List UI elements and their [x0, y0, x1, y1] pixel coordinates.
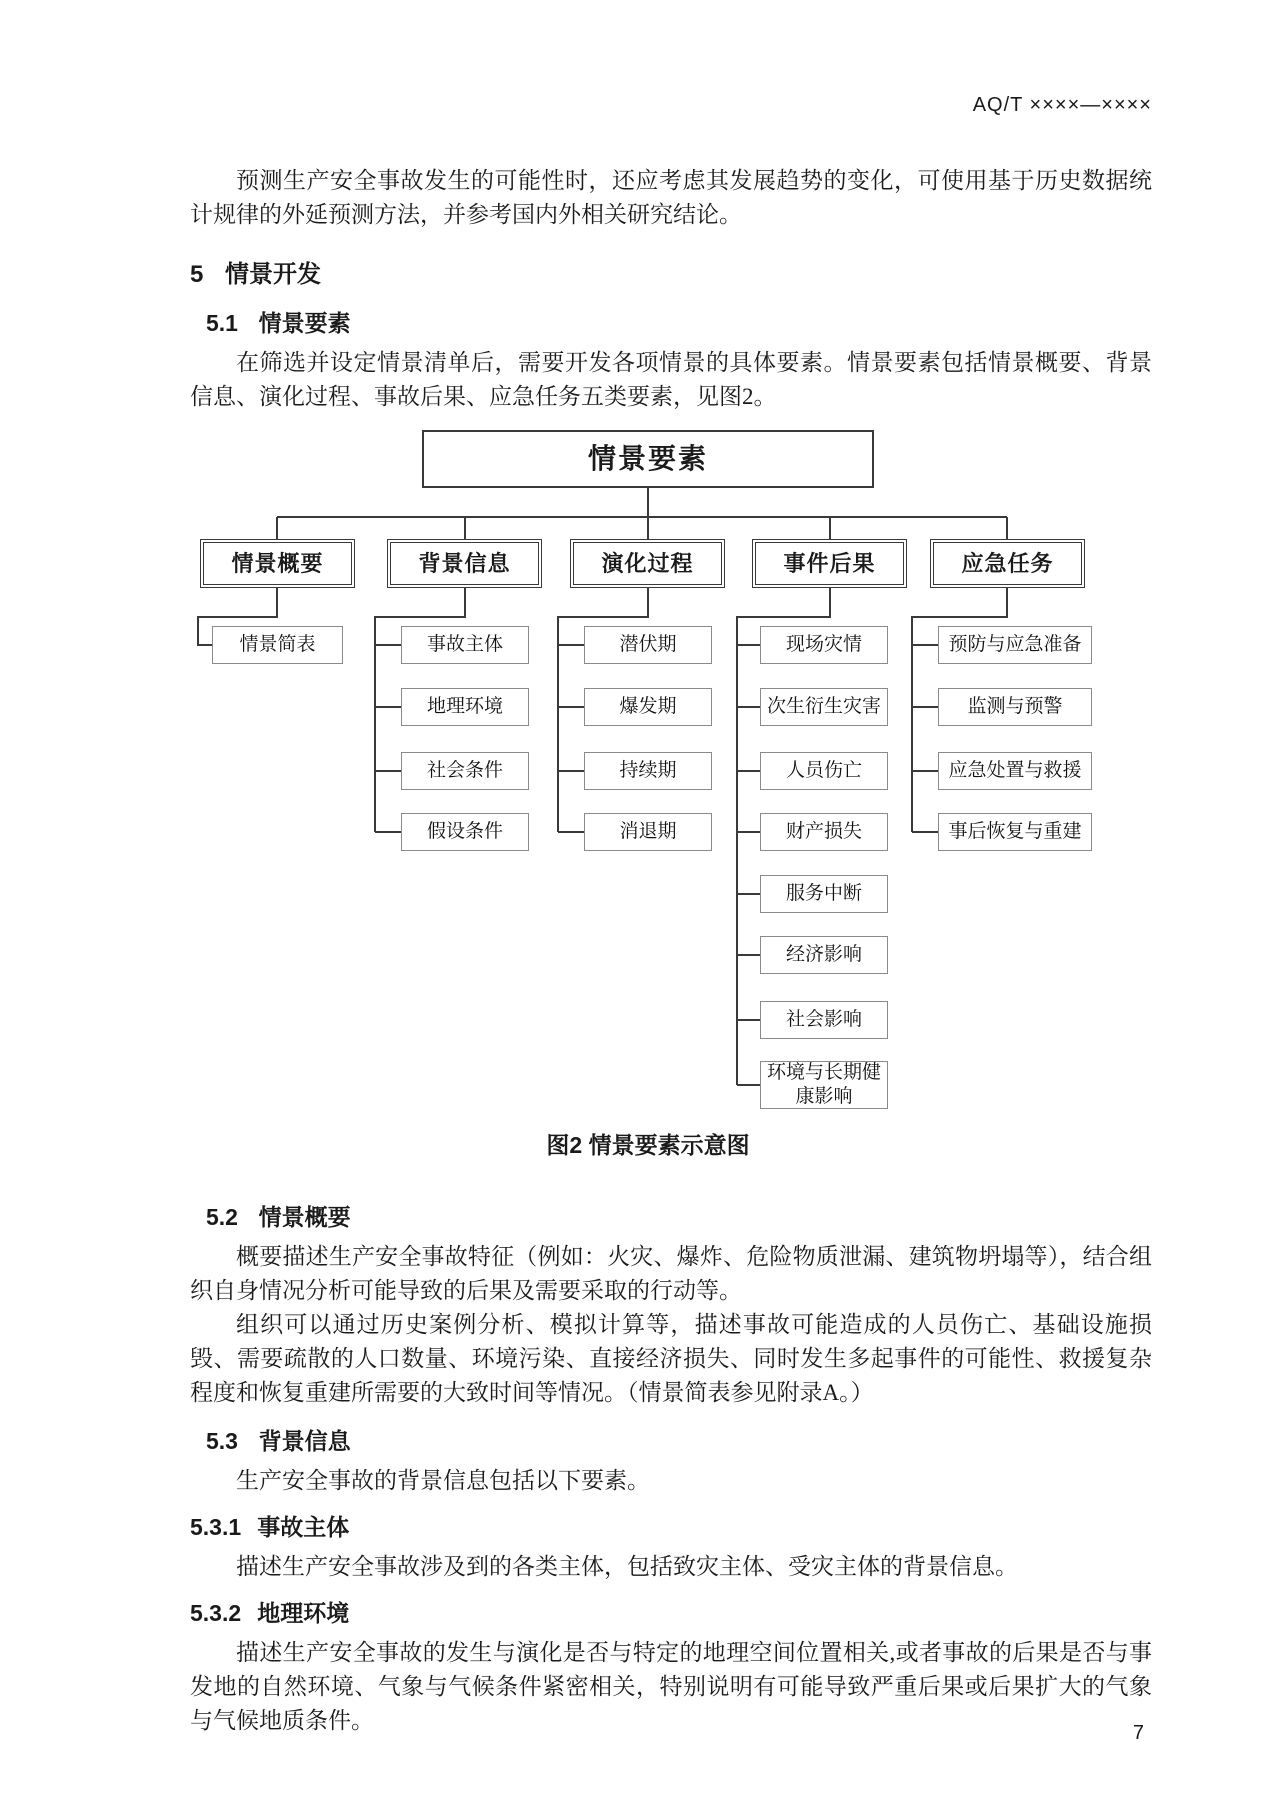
section-number: 5.3.1 — [190, 1514, 241, 1540]
section-5-3-2-paragraph: 描述生产安全事故的发生与演化是否与特定的地理空间位置相关,或者事故的后果是否与事… — [190, 1636, 1152, 1738]
section-5-3-1-paragraph: 描述生产安全事故涉及到的各类主体，包括致灾主体、受灾主体的背景信息。 — [190, 1550, 1152, 1584]
diagram-child-box: 应急处置与救援 — [938, 752, 1092, 790]
diagram-child-box: 社会影响 — [760, 1001, 888, 1039]
diagram-child-box: 服务中断 — [760, 875, 888, 913]
diagram-child-box: 情景简表 — [212, 626, 343, 664]
diagram-child-box: 持续期 — [584, 752, 712, 790]
section-title: 情景要素 — [259, 310, 351, 336]
section-heading-5-2: 5.2情景概要 — [190, 1200, 1152, 1234]
diagram-child-box: 消退期 — [584, 813, 712, 851]
section-number: 5 — [190, 261, 203, 288]
diagram-level2-box-evolution-process: 演化过程 — [570, 539, 725, 588]
diagram-child-box: 环境与长期健康影响 — [760, 1061, 888, 1109]
section-number: 5.2 — [206, 1204, 238, 1230]
figure2-caption: 图2 情景要素示意图 — [190, 1128, 1106, 1162]
diagram-child-box: 经济影响 — [760, 936, 888, 974]
section-title: 事故主体 — [257, 1514, 349, 1540]
section-5-2-paragraph-2: 组织可以通过历史案例分析、模拟计算等，描述事故可能造成的人员伤亡、基础设施损毁、… — [190, 1308, 1152, 1410]
diagram-child-box: 预防与应急准备 — [938, 626, 1092, 664]
diagram-child-box: 假设条件 — [401, 813, 529, 851]
section-heading-5-3: 5.3背景信息 — [190, 1424, 1152, 1458]
section-number: 5.3 — [206, 1428, 238, 1454]
diagram-child-box: 社会条件 — [401, 752, 529, 790]
section-title: 情景概要 — [259, 1204, 351, 1230]
section-5-1-paragraph: 在筛选并设定情景清单后，需要开发各项情景的具体要素。情景要素包括情景概要、背景信… — [190, 346, 1152, 414]
diagram-child-box: 事后恢复与重建 — [938, 813, 1092, 851]
section-heading-5-3-1: 5.3.1事故主体 — [190, 1510, 1152, 1544]
diagram-child-box: 爆发期 — [584, 688, 712, 726]
section-title: 情景开发 — [225, 261, 321, 288]
page-content: AQ/T ××××—×××× 预测生产安全事故发生的可能性时，还应考虑其发展趋势… — [0, 0, 1280, 1738]
section-title: 背景信息 — [259, 1428, 351, 1454]
section-5-2-paragraph-1: 概要描述生产安全事故特征（例如：火灾、爆炸、危险物质泄漏、建筑物坍塌等），结合组… — [190, 1240, 1152, 1308]
diagram-child-box: 潜伏期 — [584, 626, 712, 664]
diagram-level2-box-emergency-tasks: 应急任务 — [930, 539, 1085, 588]
diagram-level2-box-event-consequences: 事件后果 — [752, 539, 907, 588]
diagram-child-box: 监测与预警 — [938, 688, 1092, 726]
section-title: 地理环境 — [257, 1600, 349, 1626]
section-number: 5.3.2 — [190, 1600, 241, 1626]
diagram-child-box: 现场灾情 — [760, 626, 888, 664]
section-number: 5.1 — [206, 310, 238, 336]
diagram-level2-box-background-info: 背景信息 — [387, 539, 542, 588]
diagram-child-box: 次生衍生灾害 — [760, 688, 888, 726]
diagram-child-box: 地理环境 — [401, 688, 529, 726]
section-heading-5-1: 5.1情景要素 — [190, 306, 1152, 340]
document-page: AQ/T ××××—×××× 预测生产安全事故发生的可能性时，还应考虑其发展趋势… — [0, 0, 1280, 1810]
section-5-3-paragraph: 生产安全事故的背景信息包括以下要素。 — [190, 1464, 1152, 1498]
section-heading-5-3-2: 5.3.2地理环境 — [190, 1596, 1152, 1630]
page-number: 7 — [1133, 1722, 1144, 1745]
diagram-child-box: 财产损失 — [760, 813, 888, 851]
figure2-diagram: 情景要素 情景概要 背景信息 演化过程 事件后果 应急任务 情景简表 事故主体 … — [190, 416, 1150, 1116]
diagram-root-box: 情景要素 — [422, 430, 874, 488]
diagram-child-box: 人员伤亡 — [760, 752, 888, 790]
diagram-level2-box-scenario-summary: 情景概要 — [200, 539, 355, 588]
standard-number-header: AQ/T ××××—×××× — [190, 88, 1152, 122]
section-heading-5: 5情景开发 — [190, 258, 1152, 292]
diagram-child-box: 事故主体 — [401, 626, 529, 664]
intro-paragraph: 预测生产安全事故发生的可能性时，还应考虑其发展趋势的变化，可使用基于历史数据统计… — [190, 164, 1152, 232]
